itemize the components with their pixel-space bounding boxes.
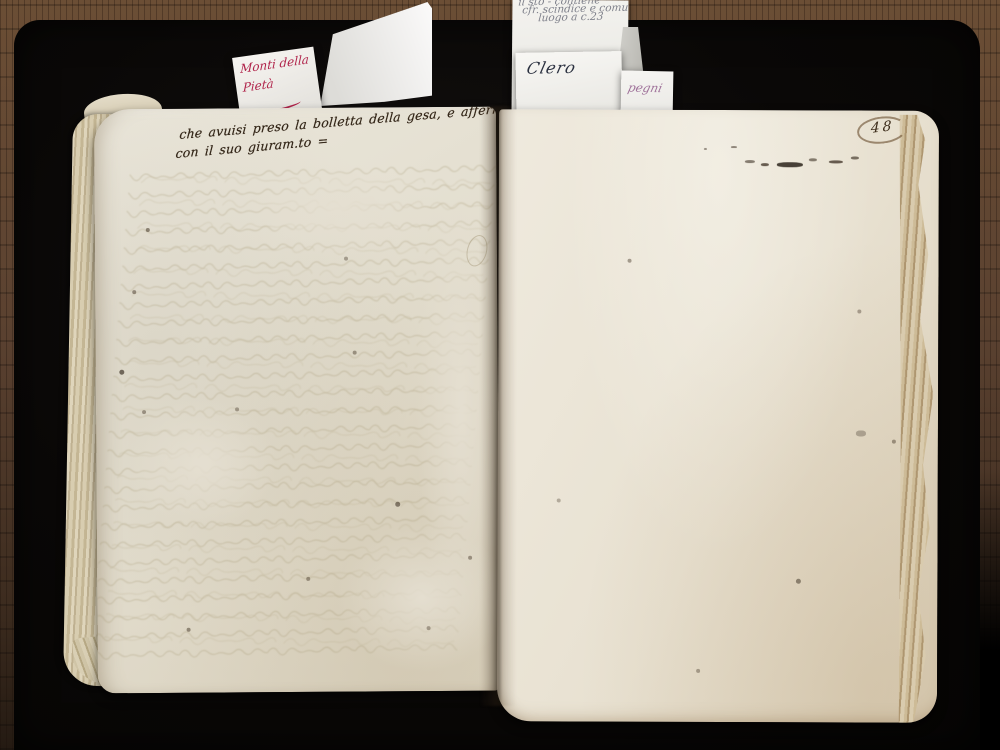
page-deckle-edge xyxy=(883,115,939,723)
tab-clero-label: Clero xyxy=(513,51,625,78)
bookmark-tab-clero: Clero xyxy=(515,51,622,116)
ink-smudge xyxy=(745,160,755,163)
manuscript-text-line1: che avuisi preso la bolletta della gesa,… xyxy=(179,107,500,142)
folio-number: 48 xyxy=(871,118,895,137)
ink-smudge xyxy=(761,163,769,166)
left-manuscript-page: che avuisi preso la bolletta della gesa,… xyxy=(94,107,500,694)
ink-specks xyxy=(94,109,96,111)
archive-photo-scene: Monti della Pietà il sto - contiene cfr.… xyxy=(0,0,1000,750)
pencil-note-line3: luogo a c.23 xyxy=(538,10,629,25)
ink-smudge xyxy=(851,156,859,159)
ink-smudge xyxy=(777,162,803,167)
bookmark-tab-blank xyxy=(318,2,432,106)
parchment-fade-patch xyxy=(126,398,277,529)
ink-smudge xyxy=(704,148,707,150)
gray-smudge xyxy=(856,430,866,436)
ink-smudge xyxy=(731,146,737,148)
ink-smudge xyxy=(809,158,817,161)
book-gutter-shadow xyxy=(480,106,516,706)
ink-smudge xyxy=(829,160,843,163)
tab-pegni-label: pegni xyxy=(618,71,676,96)
right-manuscript-page: 48 xyxy=(497,109,939,723)
parchment-fade-patch xyxy=(244,162,435,258)
